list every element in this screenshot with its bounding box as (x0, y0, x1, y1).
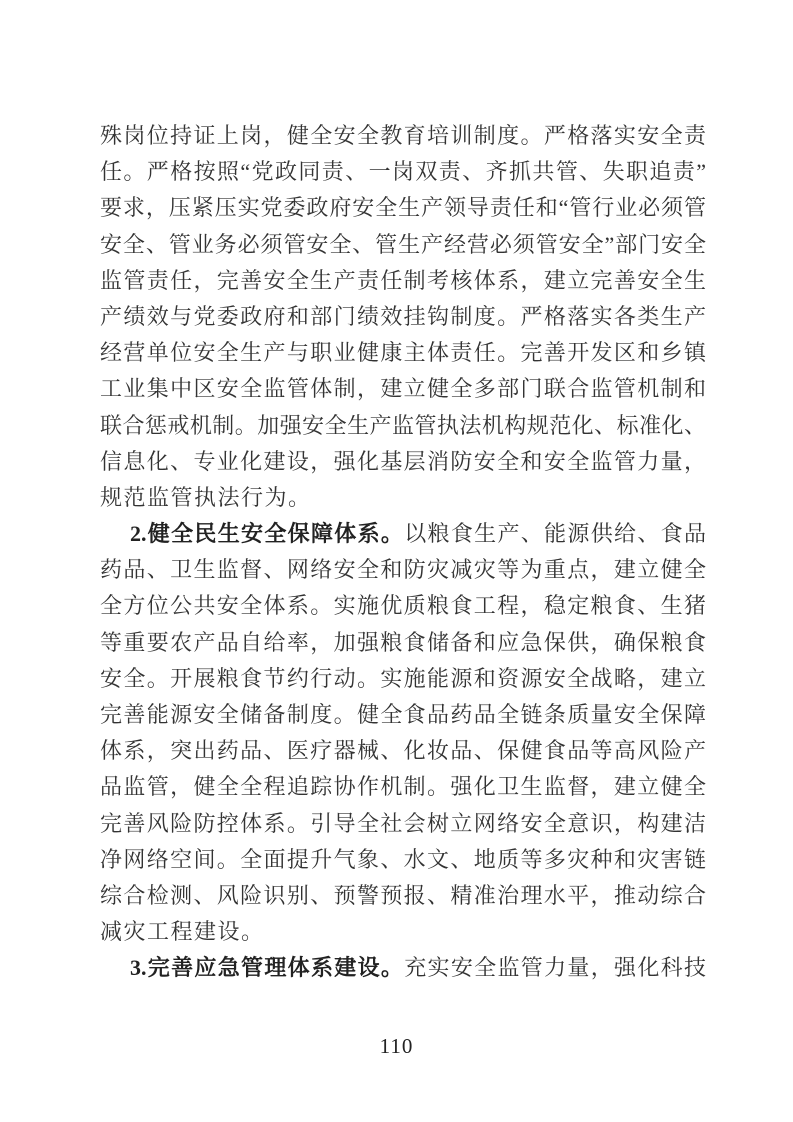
document-page: 殊岗位持证上岗，健全安全教育培训制度。严格落实安全责任。严格按照“党政同责、一岗… (0, 0, 793, 1122)
text-line: 安全、管业务必须管安全、管生产经营必须管安全”部门安全 (100, 227, 706, 263)
text-run: 体系，突出药品、医疗器械、化妆品、保健食品等高风险产 (100, 738, 706, 763)
text-line: 安全。开展粮食节约行动。实施能源和资源安全战略，建立 (100, 661, 706, 697)
text-line: 全方位公共安全体系。实施优质粮食工程，稳定粮食、生猪 (100, 588, 706, 624)
text-line: 净网络空间。全面提升气象、水文、地质等多灾种和灾害链 (100, 842, 706, 878)
text-line: 药品、卫生监督、网络安全和防灾减灾等为重点，建立健全 (100, 552, 706, 588)
text-line: 规范监管执法行为。 (100, 480, 706, 516)
text-run: 综合检测、风险识别、预警预报、精准治理水平，推动综合 (100, 883, 706, 908)
text-line: 品监管，健全全程追踪协作机制。强化卫生监督，建立健全 (100, 769, 706, 805)
text-run: 品监管，健全全程追踪协作机制。强化卫生监督，建立健全 (100, 774, 706, 799)
text-run: 监管责任，完善安全生产责任制考核体系，建立完善安全生 (100, 268, 706, 293)
text-run: 产绩效与党委政府和部门绩效挂钩制度。严格落实各类生产 (100, 304, 706, 329)
text-run: 完善风险防控体系。引导全社会树立网络安全意识，构建洁 (100, 811, 706, 836)
text-line: 完善能源安全储备制度。健全食品药品全链条质量安全保障 (100, 697, 706, 733)
page-text: 殊岗位持证上岗，健全安全教育培训制度。严格落实安全责任。严格按照“党政同责、一岗… (100, 118, 706, 987)
text-line: 信息化、专业化建设，强化基层消防安全和安全监管力量， (100, 444, 706, 480)
text-line: 工业集中区安全监管体制，建立健全多部门联合监管机制和 (100, 371, 706, 407)
text-line: 完善风险防控体系。引导全社会树立网络安全意识，构建洁 (100, 806, 706, 842)
text-line: 殊岗位持证上岗，健全安全教育培训制度。严格落实安全责 (100, 118, 706, 154)
text-run: 规范监管执法行为。 (100, 485, 312, 510)
page-number: 110 (0, 1032, 793, 1060)
text-run: 任。严格按照“党政同责、一岗双责、齐抓共管、失职追责” (100, 159, 706, 184)
text-run: 要求，压紧压实党委政府安全生产领导责任和“管行业必须管 (100, 195, 706, 220)
text-run: 等重要农产品自给率，加强粮食储备和应急保供，确保粮食 (100, 630, 706, 655)
text-line: 经营单位安全生产与职业健康主体责任。完善开发区和乡镇 (100, 335, 706, 371)
text-run: 信息化、专业化建设，强化基层消防安全和安全监管力量， (100, 449, 706, 474)
text-line: 综合检测、风险识别、预警预报、精准治理水平，推动综合 (100, 878, 706, 914)
text-run: 完善能源安全储备制度。健全食品药品全链条质量安全保障 (100, 702, 706, 727)
text-run: 药品、卫生监督、网络安全和防灾减灾等为重点，建立健全 (100, 557, 706, 582)
text-run: 联合惩戒机制。加强安全生产监管执法机构规范化、标准化、 (100, 413, 706, 438)
text-line: 要求，压紧压实党委政府安全生产领导责任和“管行业必须管 (100, 190, 706, 226)
text-run: 以粮食生产、能源供给、食品 (404, 521, 706, 546)
text-run: 经营单位安全生产与职业健康主体责任。完善开发区和乡镇 (100, 340, 706, 365)
text-run: 全方位公共安全体系。实施优质粮食工程，稳定粮食、生猪 (100, 593, 706, 618)
text-line: 3.完善应急管理体系建设。充实安全监管力量，强化科技 (100, 950, 706, 986)
text-run: 充实安全监管力量，强化科技 (404, 955, 706, 980)
text-run: 殊岗位持证上岗，健全安全教育培训制度。严格落实安全责 (100, 123, 706, 148)
text-run: 安全。开展粮食节约行动。实施能源和资源安全战略，建立 (100, 666, 706, 691)
text-line: 2.健全民生安全保障体系。以粮食生产、能源供给、食品 (100, 516, 706, 552)
paragraph: 3.完善应急管理体系建设。充实安全监管力量，强化科技 (100, 950, 706, 986)
text-run: 工业集中区安全监管体制，建立健全多部门联合监管机制和 (100, 376, 706, 401)
heading-run: 2.健全民生安全保障体系。 (130, 521, 404, 546)
heading-run: 3.完善应急管理体系建设。 (130, 955, 404, 980)
text-line: 产绩效与党委政府和部门绩效挂钩制度。严格落实各类生产 (100, 299, 706, 335)
text-line: 体系，突出药品、医疗器械、化妆品、保健食品等高风险产 (100, 733, 706, 769)
text-line: 减灾工程建设。 (100, 914, 706, 950)
text-line: 任。严格按照“党政同责、一岗双责、齐抓共管、失职追责” (100, 154, 706, 190)
text-line: 等重要农产品自给率，加强粮食储备和应急保供，确保粮食 (100, 625, 706, 661)
text-run: 安全、管业务必须管安全、管生产经营必须管安全”部门安全 (100, 232, 706, 257)
text-run: 净网络空间。全面提升气象、水文、地质等多灾种和灾害链 (100, 847, 706, 872)
paragraph: 2.健全民生安全保障体系。以粮食生产、能源供给、食品药品、卫生监督、网络安全和防… (100, 516, 706, 950)
text-run: 减灾工程建设。 (100, 919, 265, 944)
text-line: 联合惩戒机制。加强安全生产监管执法机构规范化、标准化、 (100, 408, 706, 444)
paragraph: 殊岗位持证上岗，健全安全教育培训制度。严格落实安全责任。严格按照“党政同责、一岗… (100, 118, 706, 516)
text-line: 监管责任，完善安全生产责任制考核体系，建立完善安全生 (100, 263, 706, 299)
